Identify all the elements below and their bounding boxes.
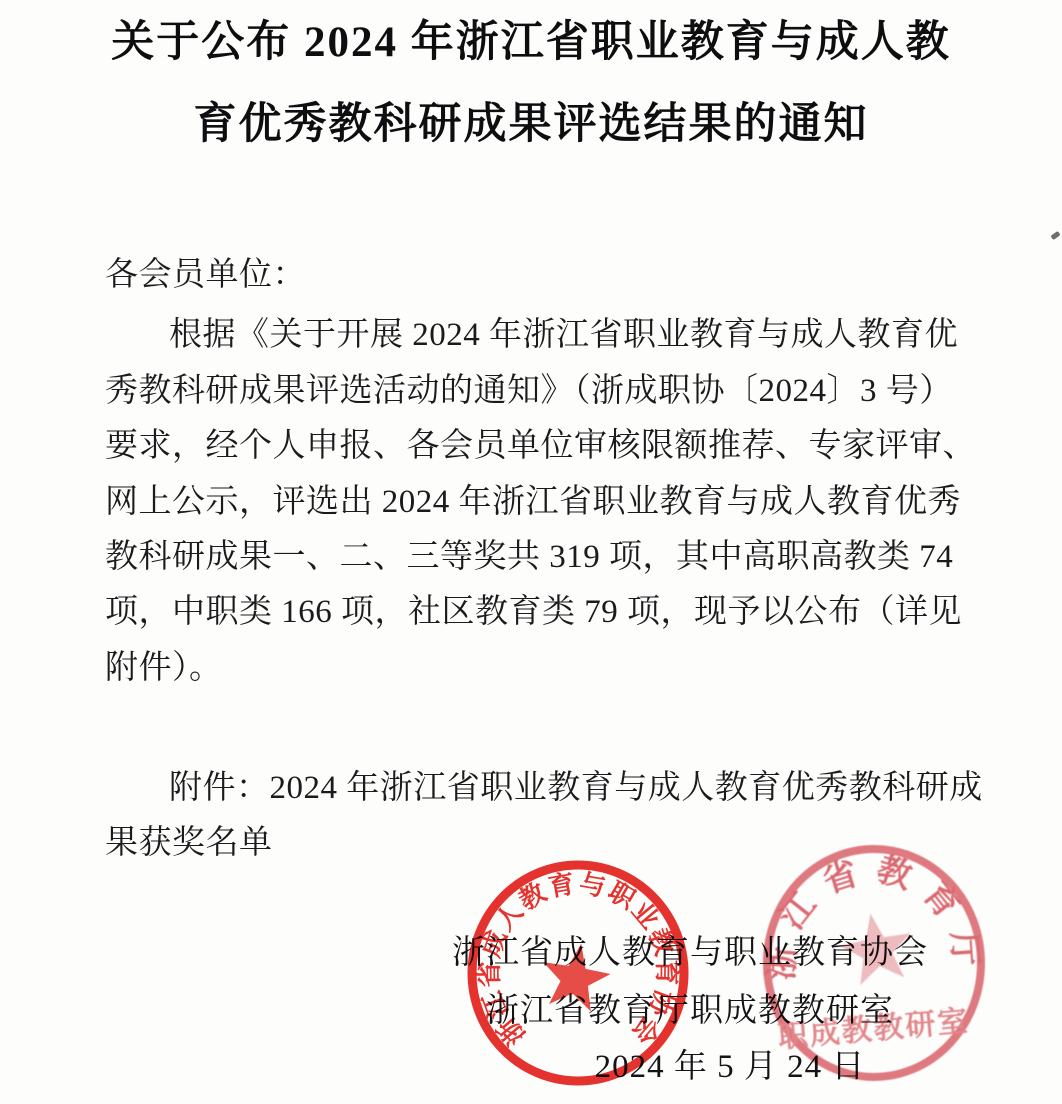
salutation: 各会员单位： [105,248,306,295]
document-title-line-1: 关于公布 2024 年浙江省职业教育与成人教 [0,8,1062,69]
attachment-line: 附件：2024 年浙江省职业教育与成人教育优秀教科研成 [105,761,983,808]
paragraph-line: 项，中职类 166 项，社区教育类 79 项，现予以公布（详见 [105,585,962,632]
star-icon [835,907,918,987]
paragraph-line: 教科研成果一、二、三等奖共 319 项，其中高职高教类 74 [105,530,953,577]
attachment-line: 果获奖名单 [105,816,273,863]
paragraph-line: 网上公示，评选出 2024 年浙江省职业教育与成人教育优秀 [105,475,961,522]
scan-artifact-mark [1050,231,1060,240]
paragraph-line: 秀教科研成果评选活动的通知》（浙成职协〔2024〕3 号） [105,364,953,411]
paragraph-line: 附件）。 [105,641,223,688]
official-seal-education-dept: 浙江省教育厅 职成教教研室 [758,843,990,1087]
document-page: 关于公布 2024 年浙江省职业教育与成人教 育优秀教科研成果评选结果的通知 各… [0,0,1062,1104]
official-seal-association: 浙江省成人教育与职业教育协会 [463,857,693,1091]
paragraph-line: 根据《关于开展 2024 年浙江省职业教育与成人教育优 [105,308,958,355]
star-icon [536,938,615,1014]
document-title-line-2: 育优秀教科研成果评选结果的通知 [0,90,1062,151]
paragraph-line: 要求，经个人申报、各会员单位审核限额推荐、专家评审、 [105,419,976,466]
